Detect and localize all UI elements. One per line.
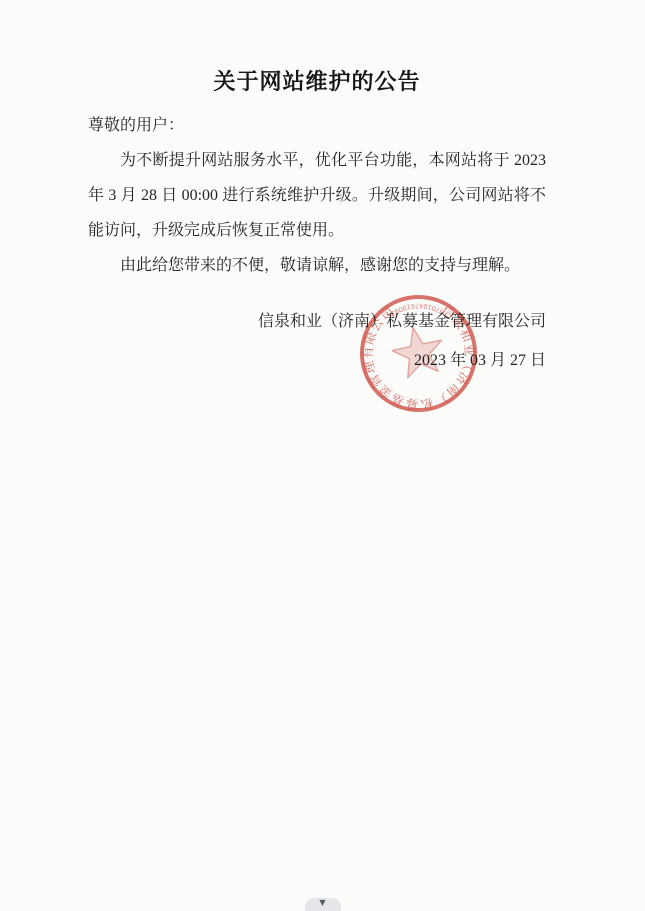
signature-date: 2023 年 03 月 27 日 bbox=[88, 343, 546, 378]
body-paragraph-1: 为不断提升网站服务水平，优化平台功能，本网站将于 2023 年 3 月 28 日… bbox=[88, 143, 546, 248]
body-paragraph-2: 由此给您带来的不便，敬请谅解，感谢您的支持与理解。 bbox=[88, 248, 546, 283]
document-content: 关于网站维护的公告 尊敬的用户： 为不断提升网站服务水平，优化平台功能，本网站将… bbox=[88, 0, 546, 378]
chevron-down-icon: ▼ bbox=[319, 898, 325, 908]
document-title: 关于网站维护的公告 bbox=[88, 66, 546, 98]
signature-company: 信泉和业（济南）私募基金管理有限公司 bbox=[88, 304, 546, 339]
salutation: 尊敬的用户： bbox=[88, 108, 546, 143]
document-page: 关于网站维护的公告 尊敬的用户： 为不断提升网站服务水平，优化平台功能，本网站将… bbox=[0, 0, 645, 911]
signature-block: 信泉和业（济南）私募基金管理有限公司 2023 年 03 月 27 日 bbox=[88, 304, 546, 378]
scroll-down-button[interactable]: ▼ bbox=[305, 898, 341, 911]
